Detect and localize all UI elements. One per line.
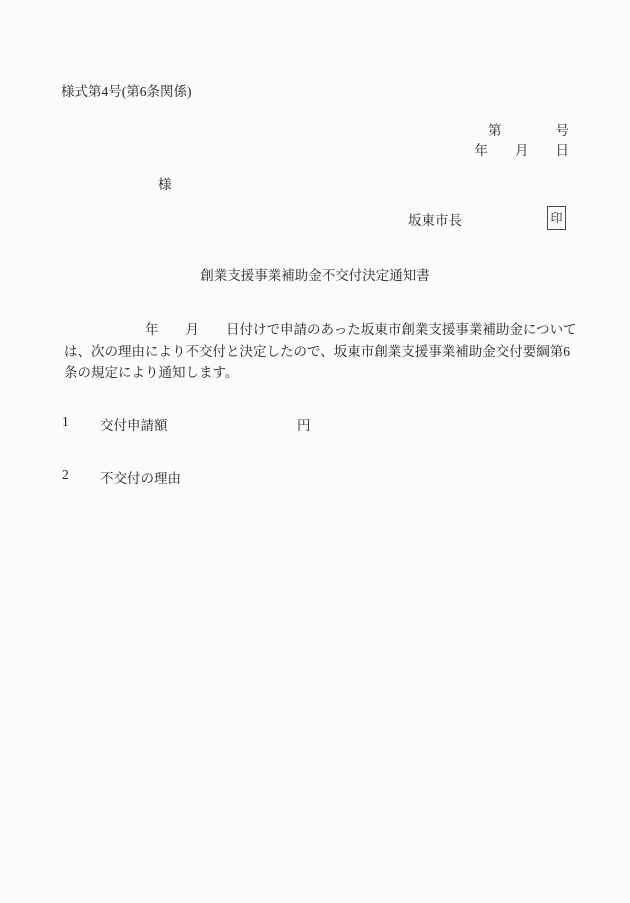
body-line-1: 年 月 日付けで申請のあった坂東市創業支援事業補助金について <box>64 319 594 341</box>
body-line-3: 条の規定により通知します。 <box>64 362 594 384</box>
item-unit-yen: 円 <box>297 414 311 434</box>
body-line-2: は、次の理由により不交付と決定したので、坂東市創業支援事業補助金交付要綱第6 <box>64 341 594 363</box>
seal-label: 印 <box>550 212 562 224</box>
item-label: 不交付の理由 <box>100 467 181 487</box>
document-page: 様式第4号(第6条関係) 第 号 年 月 日 様 坂東市長 印 創業支援事業補助… <box>0 0 630 903</box>
item-label: 交付申請額 <box>100 414 168 434</box>
document-title: 創業支援事業補助金不交付決定通知書 <box>0 264 630 284</box>
body-paragraph: 年 月 日付けで申請のあった坂東市創業支援事業補助金について は、次の理由により… <box>64 319 594 384</box>
date-line: 年 月 日 <box>475 139 570 159</box>
item-application-amount: 1 交付申請額 円 <box>0 414 630 434</box>
seal-box: 印 <box>547 206 566 230</box>
form-number: 様式第4号(第6条関係) <box>61 80 192 100</box>
item-number: 2 <box>62 467 69 483</box>
recipient-honorific: 様 <box>158 173 172 193</box>
issuer-name: 坂東市長 <box>408 209 462 229</box>
document-number-line: 第 号 <box>488 119 569 139</box>
item-number: 1 <box>62 414 69 430</box>
item-refusal-reason: 2 不交付の理由 <box>0 467 630 487</box>
